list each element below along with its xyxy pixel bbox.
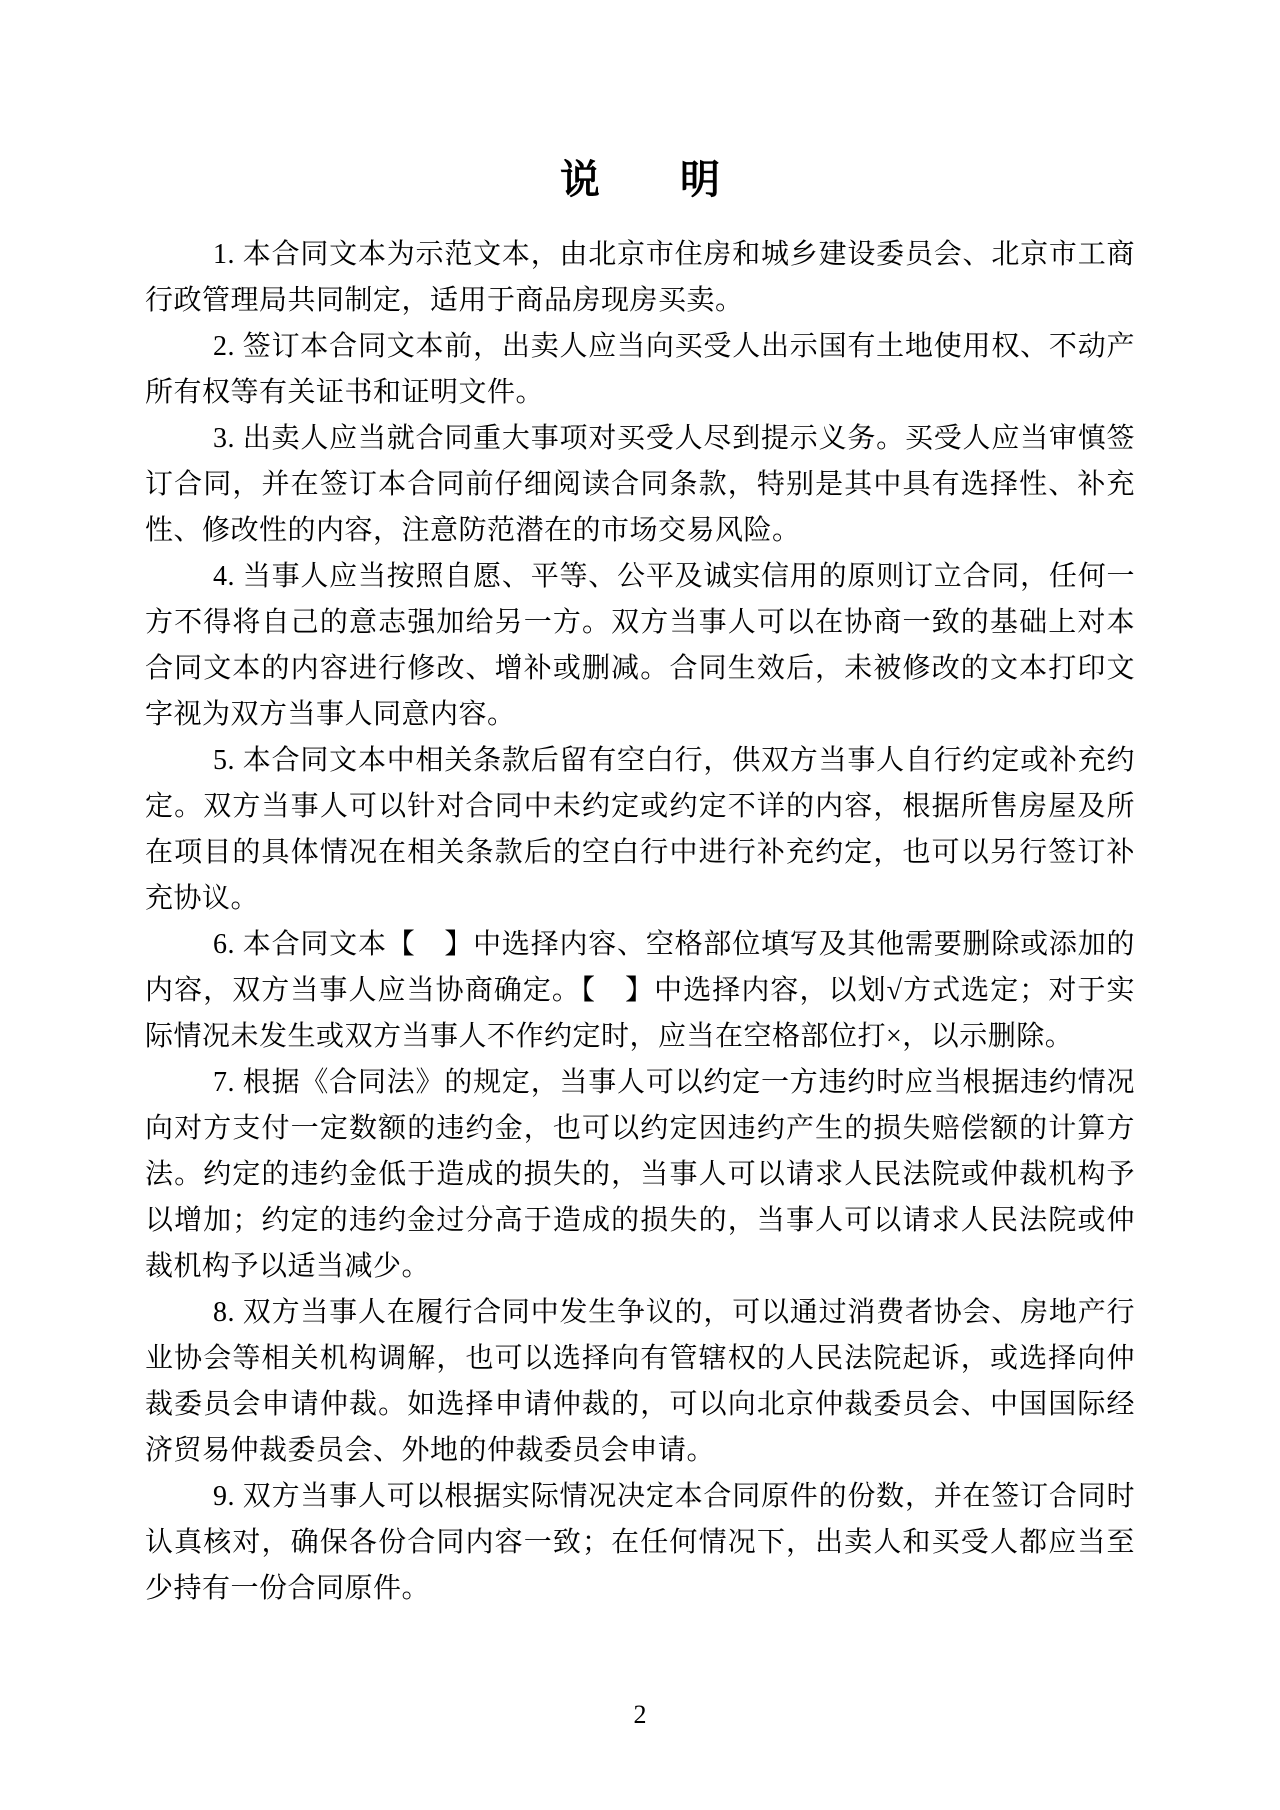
paragraph-8: 8. 双方当事人在履行合同中发生争议的，可以通过消费者协会、房地产行业协会等相关… xyxy=(145,1290,1135,1474)
page-number: 2 xyxy=(0,1700,1280,1730)
paragraph-9: 9. 双方当事人可以根据实际情况决定本合同原件的份数，并在签订合同时认真核对，确… xyxy=(145,1474,1135,1612)
paragraph-7: 7. 根据《合同法》的规定，当事人可以约定一方违约时应当根据违约情况向对方支付一… xyxy=(145,1060,1135,1290)
document-body: 1. 本合同文本为示范文本，由北京市住房和城乡建设委员会、北京市工商行政管理局共… xyxy=(145,232,1135,1612)
document-page: 说 明 1. 本合同文本为示范文本，由北京市住房和城乡建设委员会、北京市工商行政… xyxy=(0,0,1280,1810)
paragraph-2: 2. 签订本合同文本前，出卖人应当向买受人出示国有土地使用权、不动产所有权等有关… xyxy=(145,324,1135,416)
page-title: 说 明 xyxy=(0,0,1280,204)
paragraph-4: 4. 当事人应当按照自愿、平等、公平及诚实信用的原则订立合同，任何一方不得将自己… xyxy=(145,554,1135,738)
paragraph-3: 3. 出卖人应当就合同重大事项对买受人尽到提示义务。买受人应当审慎签订合同，并在… xyxy=(145,416,1135,554)
paragraph-5: 5. 本合同文本中相关条款后留有空白行，供双方当事人自行约定或补充约定。双方当事… xyxy=(145,738,1135,922)
paragraph-6: 6. 本合同文本【 】中选择内容、空格部位填写及其他需要删除或添加的内容，双方当… xyxy=(145,922,1135,1060)
paragraph-1: 1. 本合同文本为示范文本，由北京市住房和城乡建设委员会、北京市工商行政管理局共… xyxy=(145,232,1135,324)
